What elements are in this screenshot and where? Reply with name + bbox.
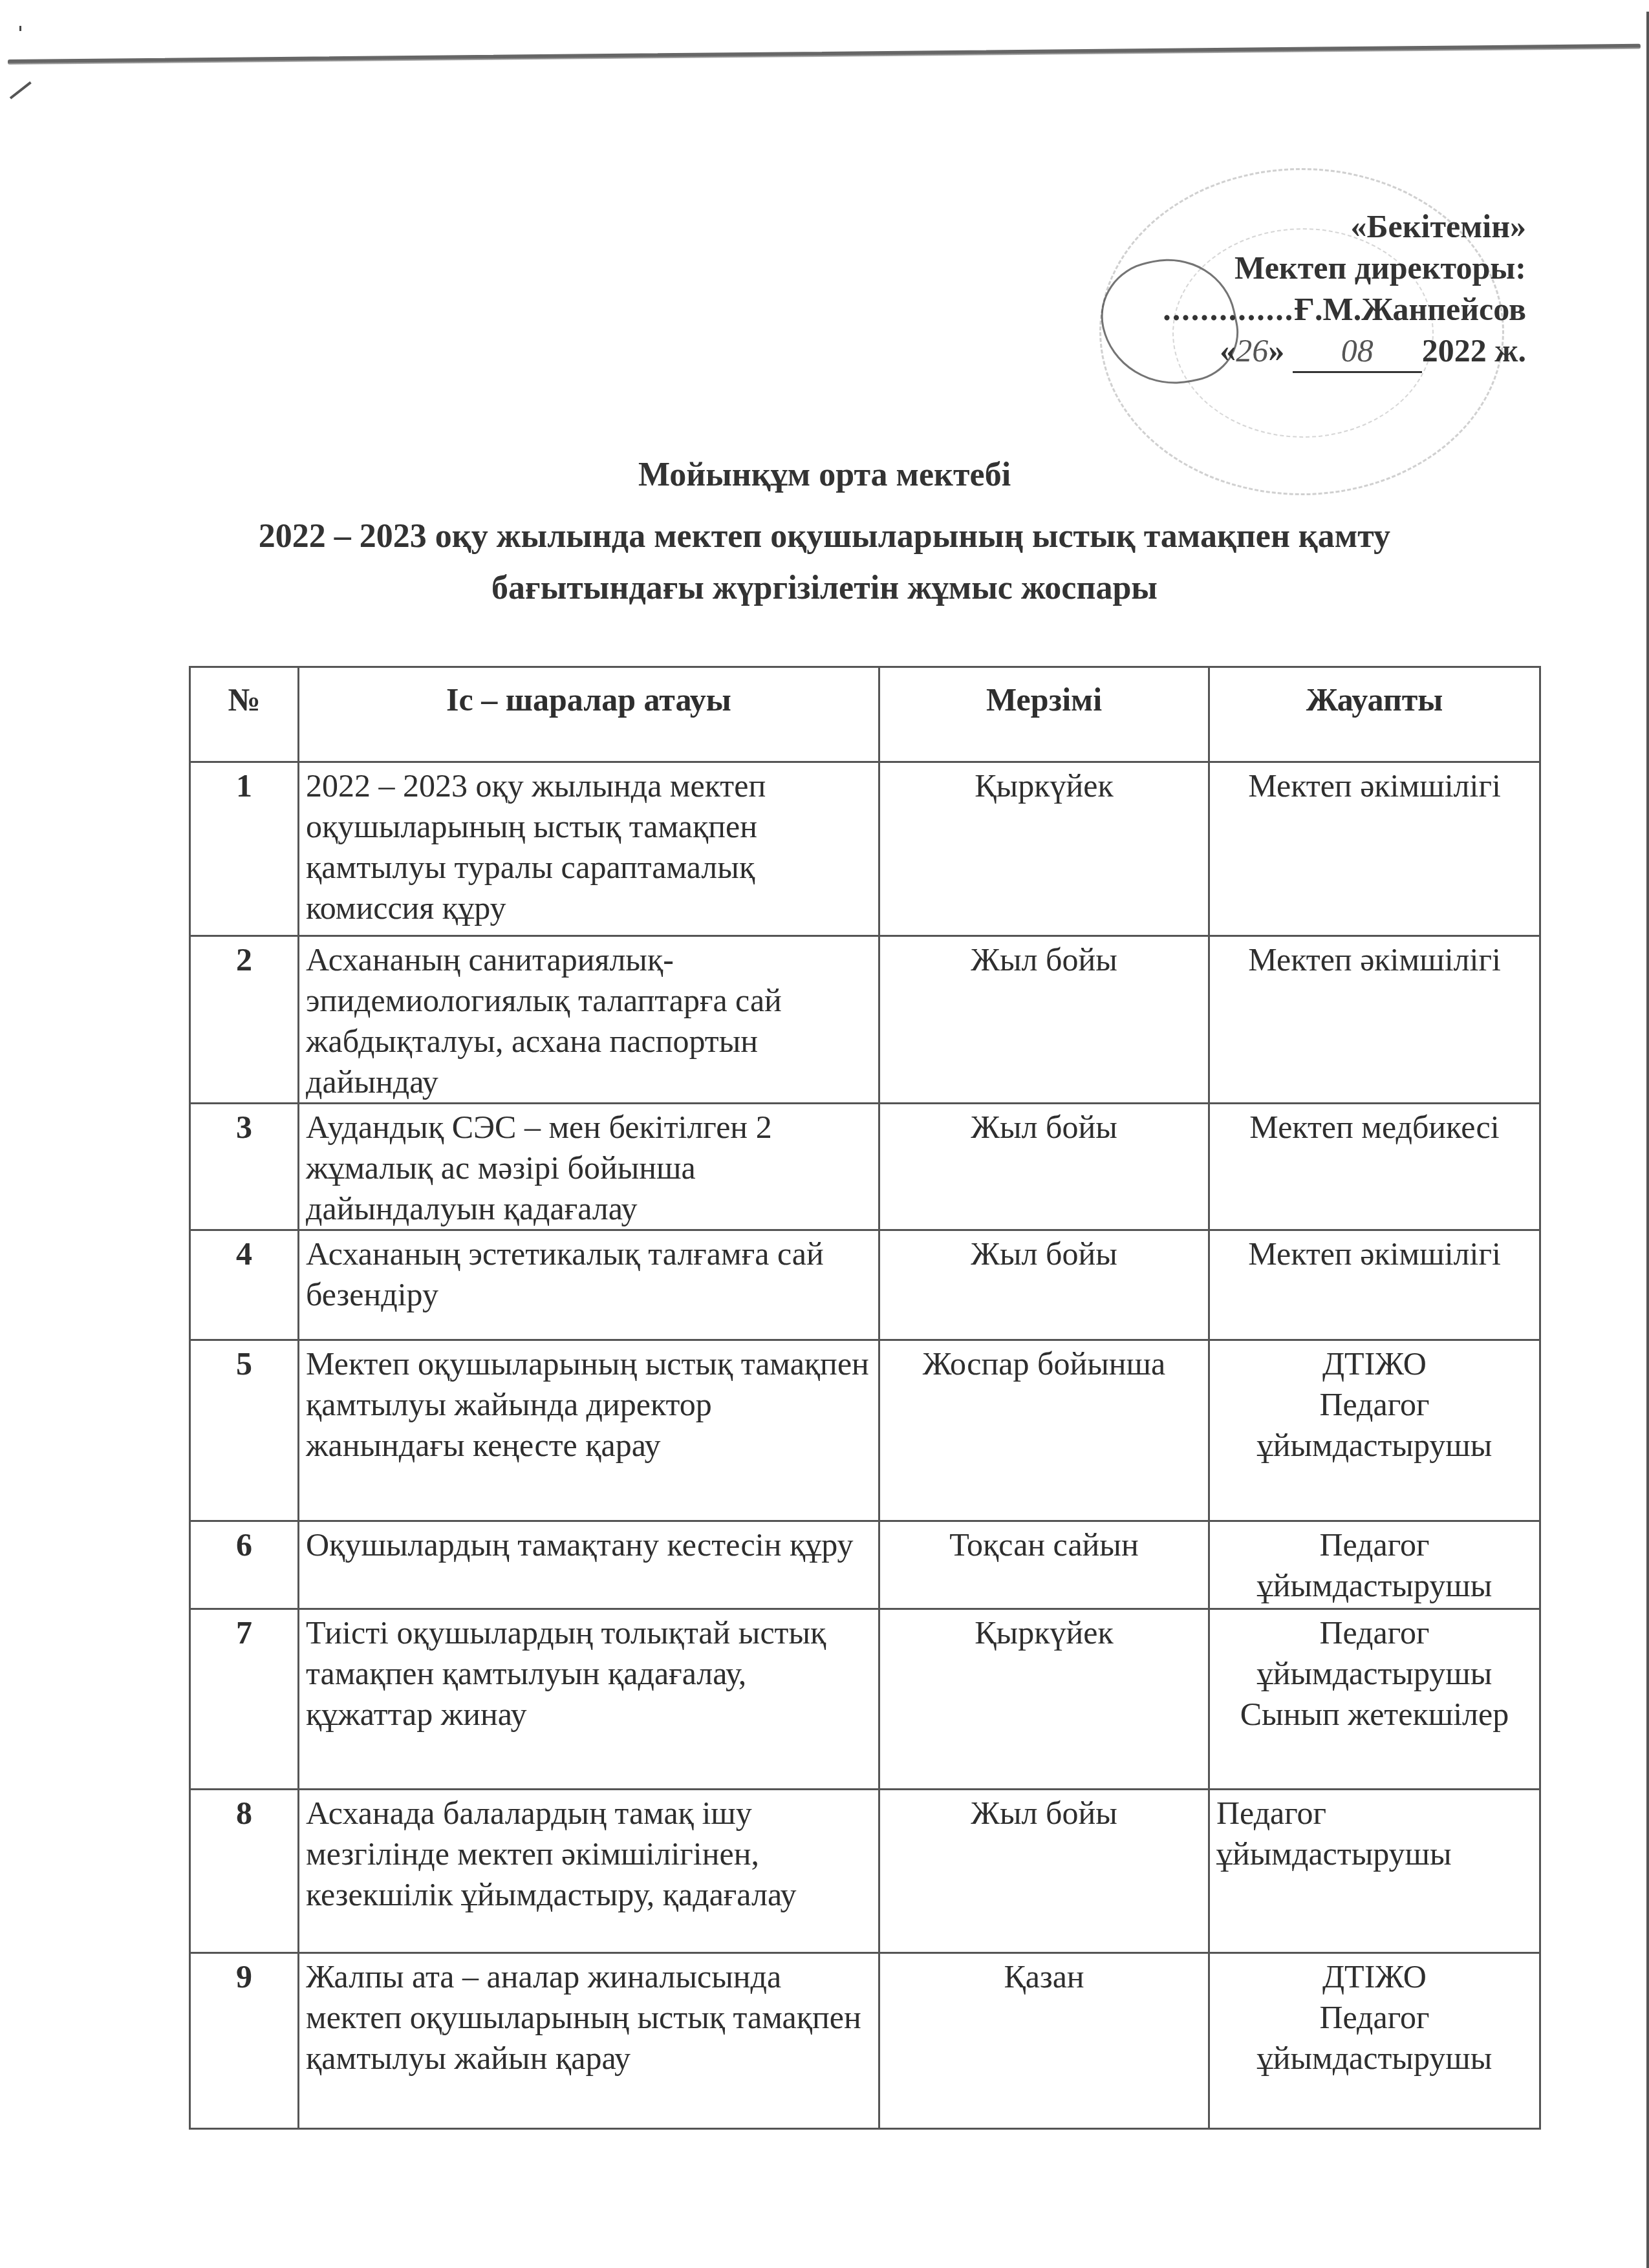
row-responsible: Мектеп әкімшілігі [1209,936,1540,1104]
responsible-party: Педагог ұйымдастырушы [1216,1997,1533,2079]
row-responsible: ДТІЖОПедагог ұйымдастырушы [1209,1953,1540,2129]
date-year: 2022 ж. [1422,332,1526,369]
row-activity: Жалпы ата – аналар жиналысында мектеп оқ… [299,1953,879,2129]
row-number: 6 [190,1521,299,1609]
row-responsible: Педагог ұйымдастырушы [1209,1521,1540,1609]
row-number: 5 [190,1340,299,1521]
scan-artifact-dot [19,26,21,31]
responsible-party: Педагог ұйымдастырушы [1216,1524,1533,1606]
row-activity: Асхананың эстетикалық талғамға сай безен… [299,1230,879,1340]
row-number: 9 [190,1953,299,2129]
row-activity: Асханада балалардың тамақ ішу мезгілінде… [299,1790,879,1953]
table-row: 8Асханада балалардың тамақ ішу мезгілінд… [190,1790,1540,1953]
approval-date: «26» 082022 ж. [1163,330,1526,373]
row-period: Жыл бойы [879,1230,1209,1340]
table-row: 5Мектеп оқушыларының ыстық тамақпен қамт… [190,1340,1540,1521]
row-number: 8 [190,1790,299,1953]
row-responsible: Педагог ұйымдастырушы [1209,1790,1540,1953]
work-plan-table: № Іс – шаралар атауы Мерзімі Жауапты 120… [189,666,1541,2130]
row-number: 1 [190,762,299,936]
row-number: 4 [190,1230,299,1340]
table-row: 12022 – 2023 оқу жылында мектеп оқушылар… [190,762,1540,936]
header-number: № [190,667,299,762]
approval-name-line: ..............Ғ.М.Жанпейсов [1163,288,1526,330]
table-header-row: № Іс – шаралар атауы Мерзімі Жауапты [190,667,1540,762]
responsible-party: Мектеп медбикесі [1216,1107,1533,1148]
responsible-party: Сынып жетекшілер [1216,1694,1533,1735]
row-responsible: Мектеп медбикесі [1209,1104,1540,1230]
row-activity: Аудандық СЭС – мен бекітілген 2 жұмалық … [299,1104,879,1230]
date-day: 26 [1236,332,1268,369]
director-name: Ғ.М.Жанпейсов [1294,291,1526,327]
document-title-line2: бағытындағы жүргізілетін жұмыс жоспары [0,569,1649,607]
row-number: 3 [190,1104,299,1230]
approval-block: «Бекітемін» Мектеп директоры: ..........… [1163,206,1526,373]
header-period: Мерзімі [879,667,1209,762]
responsible-party: Мектеп әкімшілігі [1216,939,1533,980]
document-title-line1: 2022 – 2023 оқу жылында мектеп оқушылары… [0,517,1649,555]
responsible-party: Педагог ұйымдастырушы [1216,1793,1533,1874]
table-row: 4Асхананың эстетикалық талғамға сай безе… [190,1230,1540,1340]
row-period: Жыл бойы [879,1790,1209,1953]
row-activity: 2022 – 2023 оқу жылында мектеп оқушылары… [299,762,879,936]
row-period: Қазан [879,1953,1209,2129]
responsible-party: Педагог ұйымдастырушы [1216,1384,1533,1466]
row-activity: Мектеп оқушыларының ыстық тамақпен қамты… [299,1340,879,1521]
row-responsible: Мектеп әкімшілігі [1209,1230,1540,1340]
school-name: Мойынқұм орта мектебі [0,456,1649,494]
row-period: Жыл бойы [879,1104,1209,1230]
responsible-party: Мектеп әкімшілігі [1216,1234,1533,1274]
date-month: 08 [1293,330,1422,373]
table-row: 6Оқушылардың тамақтану кестесін құруТоқс… [190,1521,1540,1609]
row-responsible: ДТІЖОПедагог ұйымдастырушы [1209,1340,1540,1521]
table-row: 2Асхананың санитариялық-эпидемиологиялық… [190,936,1540,1104]
table-row: 3Аудандық СЭС – мен бекітілген 2 жұмалық… [190,1104,1540,1230]
row-activity: Оқушылардың тамақтану кестесін құру [299,1521,879,1609]
responsible-party: Педагог ұйымдастырушы [1216,1612,1533,1694]
row-period: Жыл бойы [879,936,1209,1104]
row-activity: Тиісті оқушылардың толықтай ыстық тамақп… [299,1609,879,1790]
scan-artifact-edge [1646,12,1649,2268]
header-activity: Іс – шаралар атауы [299,667,879,762]
row-responsible: Педагог ұйымдастырушыСынып жетекшілер [1209,1609,1540,1790]
row-activity: Асхананың санитариялық-эпидемиологиялық … [299,936,879,1104]
responsible-party: ДТІЖО [1216,1956,1533,1997]
row-period: Тоқсан сайын [879,1521,1209,1609]
row-number: 2 [190,936,299,1104]
approval-position: Мектеп директоры: [1163,247,1526,288]
row-responsible: Мектеп әкімшілігі [1209,762,1540,936]
table-row: 7Тиісті оқушылардың толықтай ыстық тамақ… [190,1609,1540,1790]
row-period: Қыркүйек [879,1609,1209,1790]
date-quote-close: » [1268,332,1284,369]
header-responsible: Жауапты [1209,667,1540,762]
signature-dots: .............. [1163,291,1294,327]
row-period: Қыркүйек [879,762,1209,936]
row-period: Жоспар бойынша [879,1340,1209,1521]
table-body: 12022 – 2023 оқу жылында мектеп оқушылар… [190,762,1540,2129]
table-row: 9Жалпы ата – аналар жиналысында мектеп о… [190,1953,1540,2129]
date-quote-open: « [1220,332,1236,369]
scan-artifact-line [8,44,1641,65]
responsible-party: Мектеп әкімшілігі [1216,765,1533,806]
row-number: 7 [190,1609,299,1790]
approval-label: «Бекітемін» [1163,206,1526,247]
scan-artifact-tick [10,81,32,100]
responsible-party: ДТІЖО [1216,1343,1533,1384]
